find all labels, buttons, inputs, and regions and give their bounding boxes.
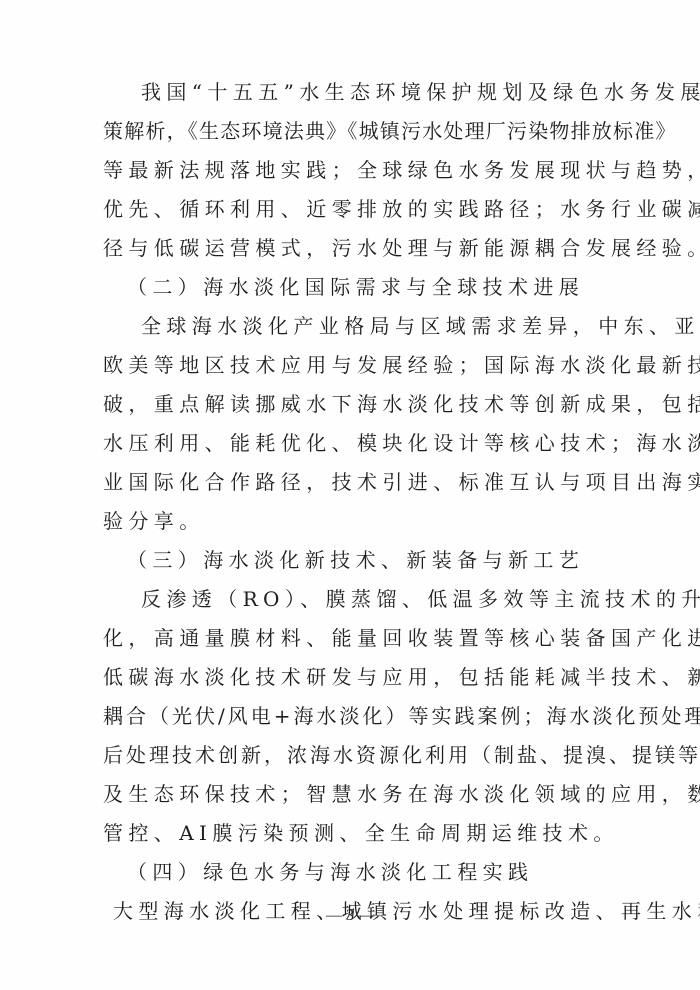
paragraph-global-desalination: 全球海水淡化产业格局与区域需求差异，中东、亚太、 欧美等地区技术应用与发展经验；… [103,307,593,541]
text-line: 全球海水淡化产业格局与区域需求差异，中东、亚太、 [103,307,593,346]
section-heading-new-technology: （三）海水淡化新技术、新装备与新工艺 [103,541,593,580]
text-line: 管控、AI膜污染预测、全生命周期运维技术。 [103,814,593,853]
document-body: 我国“十五五”水生态环境保护规划及绿色水务发展政 策解析，《生态环境法典》《城镇… [103,73,593,931]
text-line: 策解析，《生态环境法典》《城镇污水处理厂污染物排放标准》 [103,112,593,151]
text-line: 验分享。 [103,502,593,541]
text-line: 反渗透（RO）、膜蒸馏、低温多效等主流技术的升级优 [103,580,593,619]
text-line: 欧美等地区技术应用与发展经验；国际海水淡化最新技术突 [103,346,593,385]
section-heading-international-demand: （二）海水淡化国际需求与全球技术进展 [103,268,593,307]
text-line: 我国“十五五”水生态环境保护规划及绿色水务发展政 [103,73,593,112]
text-line: 优先、循环利用、近零排放的实践路径；水务行业碳减排路 [103,190,593,229]
text-line: 及生态环保技术；智慧水务在海水淡化领域的应用，数字化 [103,775,593,814]
text-line: 破，重点解读挪威水下海水淡化技术等创新成果，包括天然 [103,385,593,424]
text-line: 耦合（光伏/风电+海水淡化）等实践案例；海水淡化预处理、 [103,697,593,736]
text-line: 径与低碳运营模式，污水处理与新能源耦合发展经验。 [103,229,593,268]
section-heading-engineering-practice: （四）绿色水务与海水淡化工程实践 [103,853,593,892]
text-line: 后处理技术创新，浓海水资源化利用（制盐、提溴、提镁等） [103,736,593,775]
document-page: 我国“十五五”水生态环境保护规划及绿色水务发展政 策解析，《生态环境法典》《城镇… [0,0,700,990]
page-number: — 3 — [0,907,700,925]
text-line: 水压利用、能耗优化、模块化设计等核心技术；海水淡化产 [103,424,593,463]
text-line: 化，高通量膜材料、能量回收装置等核心装备国产化进展； [103,619,593,658]
paragraph-water-policy: 我国“十五五”水生态环境保护规划及绿色水务发展政 策解析，《生态环境法典》《城镇… [103,73,593,268]
text-line: 业国际化合作路径，技术引进、标准互认与项目出海实践经 [103,463,593,502]
text-line: 低碳海水淡化技术研发与应用，包括能耗减半技术、新能源 [103,658,593,697]
paragraph-desalination-technology: 反渗透（RO）、膜蒸馏、低温多效等主流技术的升级优 化，高通量膜材料、能量回收装… [103,580,593,853]
text-line: 等最新法规落地实践；全球绿色水务发展现状与趋势，节水 [103,151,593,190]
